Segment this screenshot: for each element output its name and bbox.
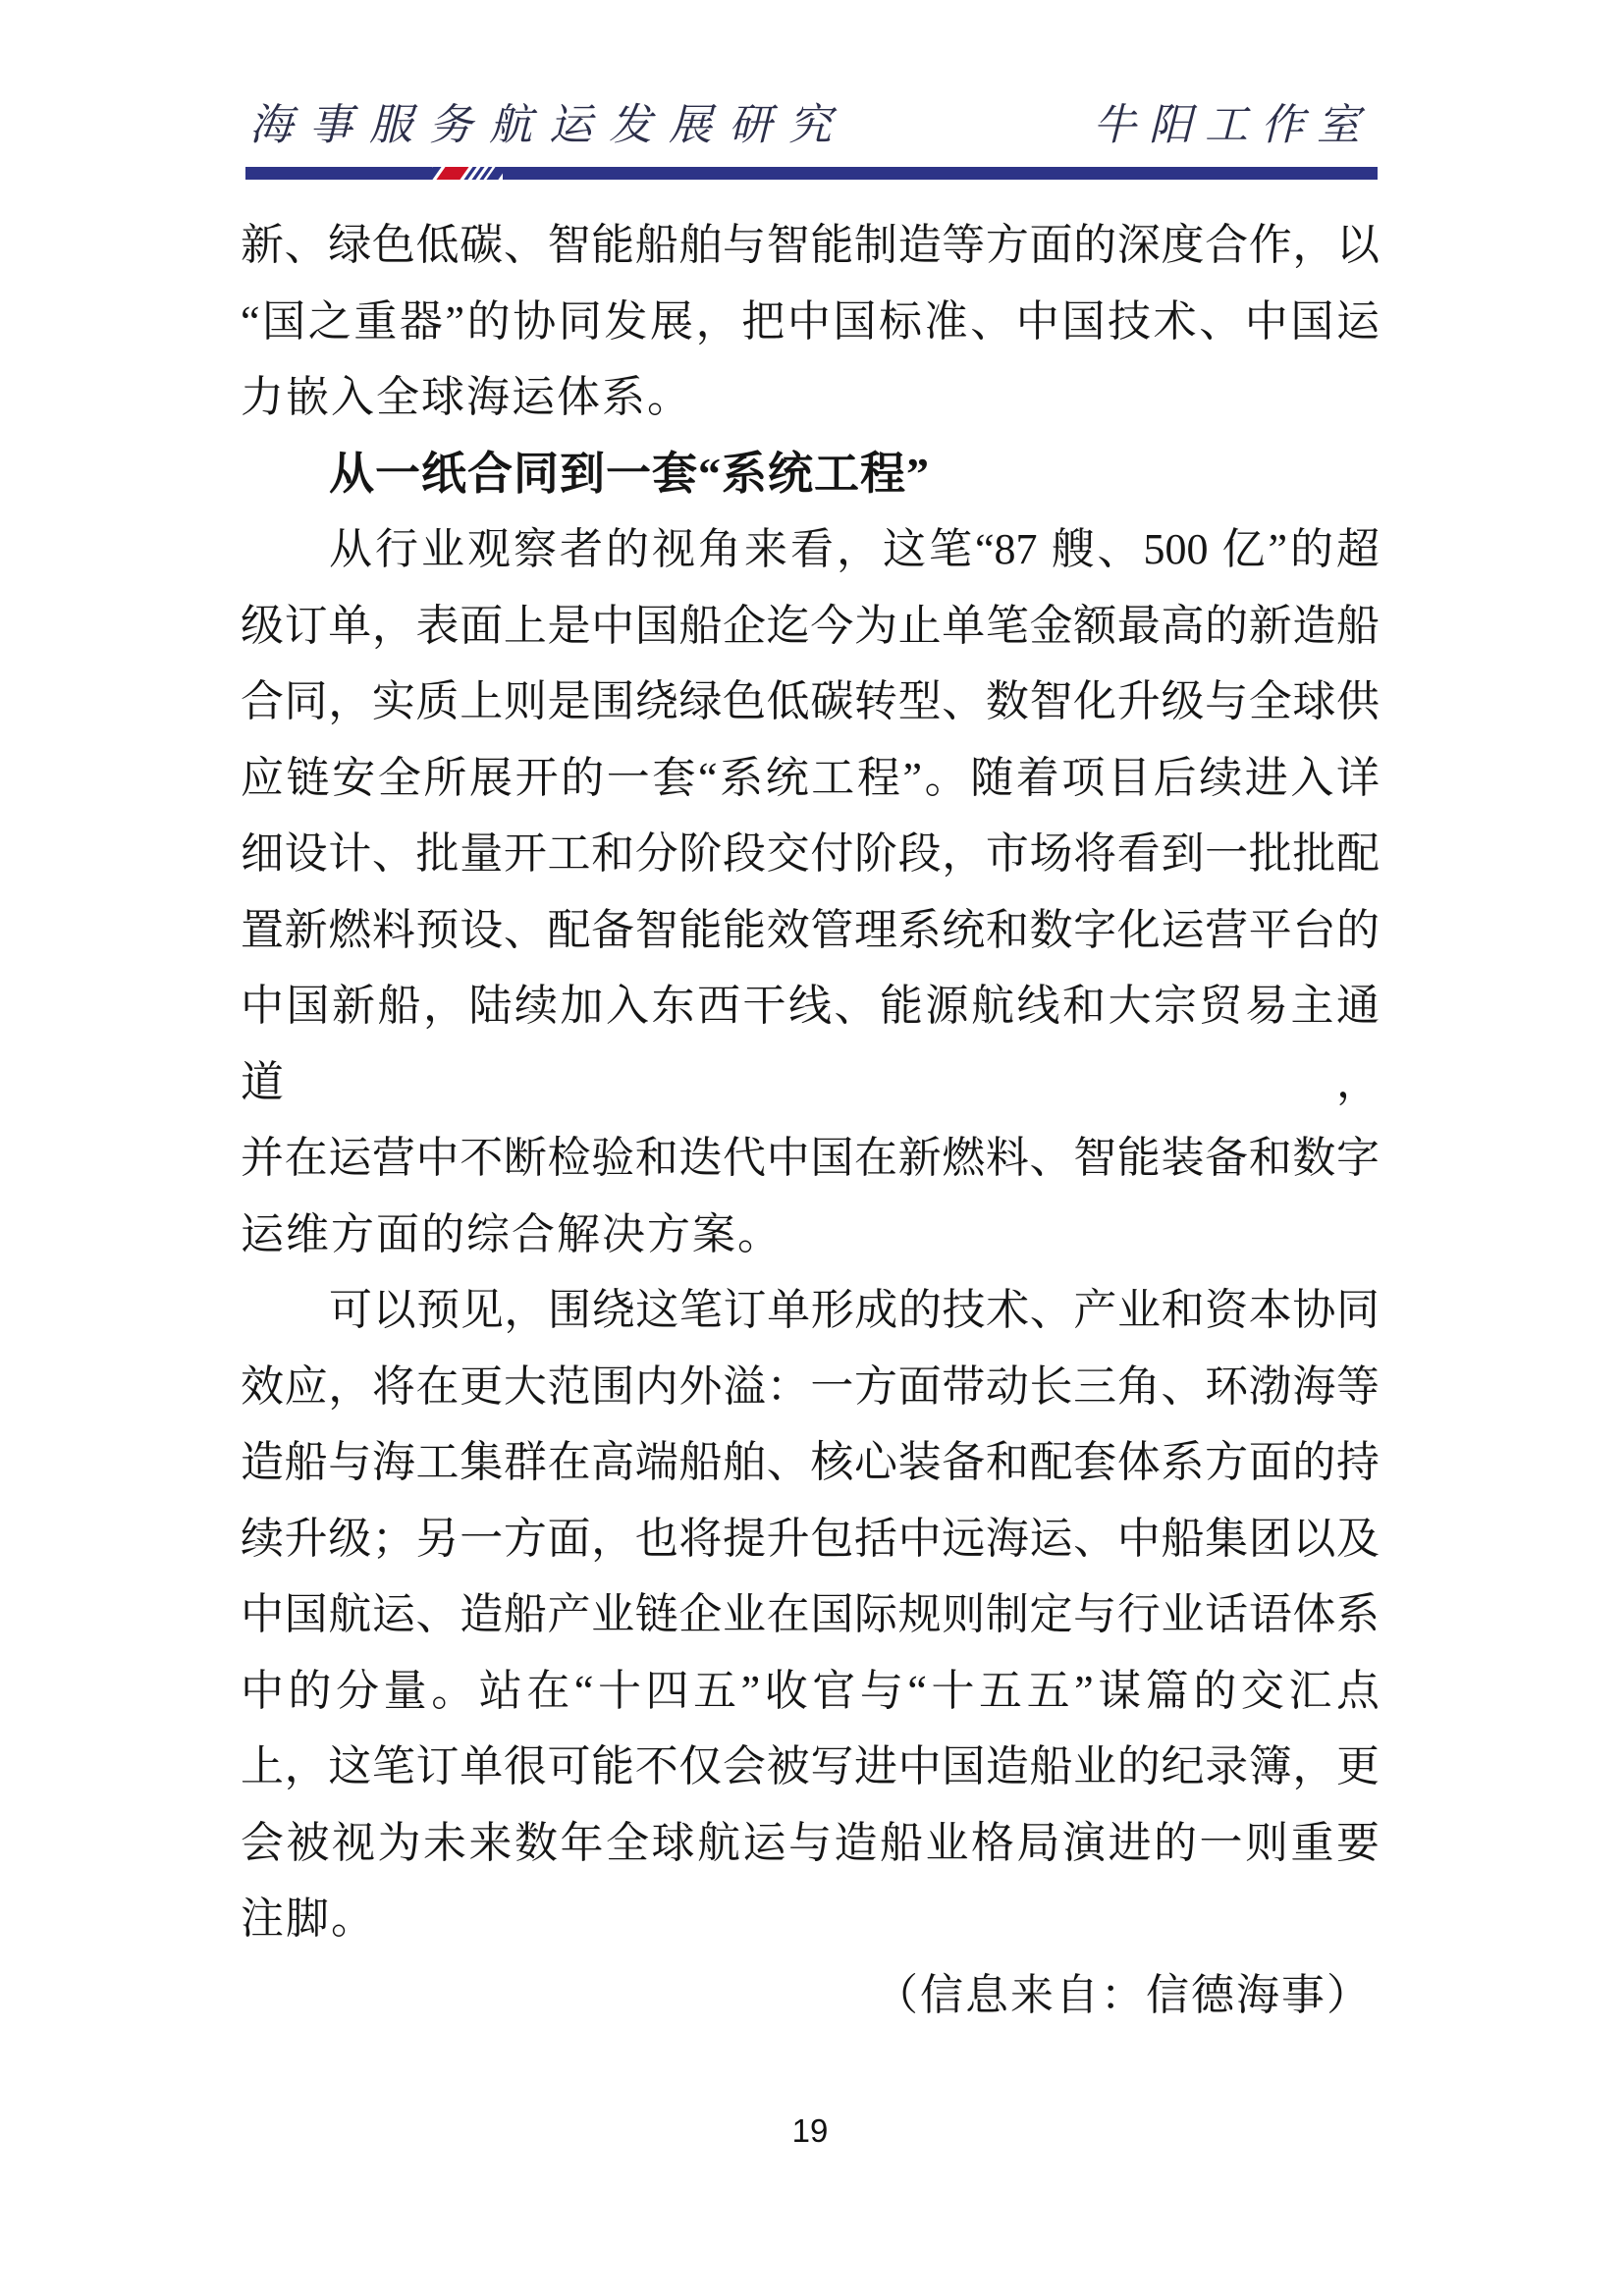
text-line: 会被视为未来数年全球航运与造船业格局演进的一则重要 [241,1805,1380,1882]
text-line: 中国新船，陆续加入东西干线、能源航线和大宗贸易主通道， [241,968,1380,1120]
text-line: 续升级；另一方面，也将提升包括中远海运、中船集团以及 [241,1501,1380,1577]
text-line: 运维方面的综合解决方案。 [241,1197,1380,1273]
page-number: 19 [241,2112,1380,2150]
text-line: 力嵌入全球海运体系。 [241,359,1380,436]
text-line: 从行业观察者的视角来看，这笔“87 艘、500 亿”的超 [241,511,1380,588]
header-divider-bar [245,167,1378,180]
text-line: 并在运营中不断检验和迭代中国在新燃料、智能装备和数字 [241,1120,1380,1197]
text-line: 注脚。 [241,1881,1380,1957]
text-line: 合同，实质上则是围绕绿色低碳转型、数智化升级与全球供 [241,664,1380,740]
text-line: 应链安全所展开的一套“系统工程”。随着项目后续进入详 [241,740,1380,817]
text-line: 上，这笔订单很可能不仅会被写进中国造船业的纪录簿，更 [241,1729,1380,1805]
text-line: 造船与海工集群在高端船舶、核心装备和配套体系方面的持 [241,1424,1380,1501]
divider-bar-accent [432,167,503,180]
attribution-line: （信息来自：信德海事） [241,1957,1380,2034]
header-right-title: 牛阳工作室 [1093,100,1373,151]
text-line: 级订单，表面上是中国船企迄今为止单笔金额最高的新造船 [241,588,1380,665]
text-line: 可以预见，围绕这笔订单形成的技术、产业和资本协同 [241,1272,1380,1349]
header-left-title: 海事服务航运发展研究 [249,100,848,151]
text-line: 中国航运、造船产业链企业在国际规则制定与行业话语体系 [241,1576,1380,1653]
section-heading: 从一纸合同到一套“系统工程” [241,436,1380,512]
text-line: 细设计、批量开工和分阶段交付阶段，市场将看到一批批配 [241,816,1380,892]
text-line: “国之重器”的协同发展，把中国标准、中国技术、中国运 [241,284,1380,360]
text-line: 置新燃料预设、配备智能能效管理系统和数字化运营平台的 [241,892,1380,969]
content-lines: 新、绿色低碳、智能船舶与智能制造等方面的深度合作，以“国之重器”的协同发展，把中… [241,207,1380,2033]
text-line: 新、绿色低碳、智能船舶与智能制造等方面的深度合作，以 [241,207,1380,284]
text-line: 效应，将在更大范围内外溢：一方面带动长三角、环渤海等 [241,1349,1380,1425]
text-line: 中的分量。站在“十四五”收官与“十五五”谋篇的交汇点 [241,1653,1380,1730]
